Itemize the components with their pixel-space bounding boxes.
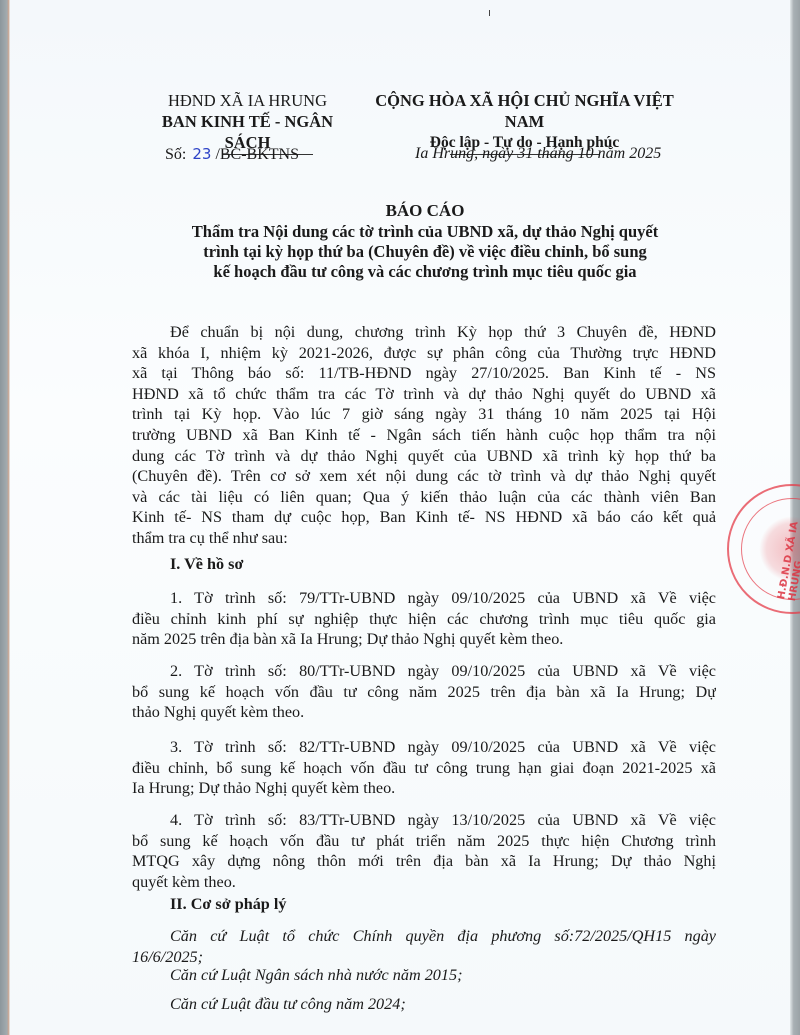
section-heading: I. Về hồ sơ <box>132 552 716 576</box>
text-line: điều chỉnh, bổ sung kế hoạch vốn đầu tư … <box>132 758 716 779</box>
text-line: 2. Tờ trình số: 80/TTr-UBND ngày 09/10/2… <box>132 661 716 682</box>
section-heading: II. Cơ sở pháp lý <box>132 892 716 916</box>
text-line: Ia Hrung; Dự thảo Nghị quyết kèm theo. <box>132 778 716 799</box>
text-line: thẩm tra cụ thể như sau: <box>132 528 716 549</box>
doc-number-handwritten: 23 <box>192 145 211 163</box>
item-3: 3. Tờ trình số: 82/TTr-UBND ngày 09/10/2… <box>132 737 716 799</box>
text-line: điều chỉnh kinh phí sự nghiệp thực hiện … <box>132 609 716 630</box>
legal-basis-1: Căn cứ Luật tổ chức Chính quyền địa phươ… <box>132 926 716 967</box>
nation-name: CỘNG HÒA XÃ HỘI CHỦ NGHĨA VIỆT NAM <box>362 90 687 132</box>
subtitle-line: kế hoạch đầu tư công và các chương trình… <box>130 262 720 282</box>
doc-number-prefix: Số: <box>165 146 186 163</box>
text-line: 1. Tờ trình số: 79/TTr-UBND ngày 09/10/2… <box>132 588 716 609</box>
section-1: I. Về hồ sơ <box>132 552 716 576</box>
text-line: xã tại Thông báo số: 11/TB-HĐND ngày 27/… <box>132 363 716 384</box>
legal-basis-2: Căn cứ Luật Ngân sách nhà nước năm 2015; <box>132 965 716 986</box>
doc-number-suffix: /BC-BKTNS <box>215 146 299 163</box>
text-line: Căn cứ Luật đầu tư công năm 2024; <box>132 994 716 1015</box>
document-type: BÁO CÁO <box>130 200 720 222</box>
text-line: bổ sung kế hoạch vốn đầu tư công năm 202… <box>132 682 716 703</box>
subtitle-line: trình tại kỳ họp thứ ba (Chuyên đề) về v… <box>130 242 720 262</box>
scan-mark <box>489 10 490 16</box>
text-line: Căn cứ Luật tổ chức Chính quyền địa phươ… <box>132 926 716 947</box>
text-line: và các tài liệu có liên quan; Qua ý kiến… <box>132 487 716 508</box>
text-line: 4. Tờ trình số: 83/TTr-UBND ngày 13/10/2… <box>132 810 716 831</box>
text-line: quyết kèm theo. <box>132 872 716 893</box>
text-line: Kinh tế- NS tham dự cuộc họp, Ban Kinh t… <box>132 507 716 528</box>
document-number: Số:23/BC-BKTNS <box>165 145 299 164</box>
text-line: MTQG xây dựng nông thôn mới trên địa bàn… <box>132 851 716 872</box>
text-line: HĐND xã tổ chức thẩm tra các Tờ trình và… <box>132 384 716 405</box>
text-line: (Chuyên đề). Trên cơ sở xem xét nội dung… <box>132 466 716 487</box>
item-4: 4. Tờ trình số: 83/TTr-UBND ngày 13/10/2… <box>132 810 716 892</box>
document-title: BÁO CÁO Thẩm tra Nội dung các tờ trình c… <box>130 200 720 282</box>
text-line: xã khóa I, nhiệm kỳ 2021-2026, được sự p… <box>132 343 716 364</box>
text-line: bổ sung kế hoạch vốn đầu tư phát triển n… <box>132 831 716 852</box>
text-line: trường UBND xã Ban Kinh tế - Ngân sách t… <box>132 425 716 446</box>
text-line: trình tại Kỳ họp. Vào lúc 7 giờ sáng ngà… <box>132 404 716 425</box>
text-line: dung các Tờ trình và dự thảo Nghị quyết … <box>132 446 716 467</box>
item-2: 2. Tờ trình số: 80/TTr-UBND ngày 09/10/2… <box>132 661 716 723</box>
subtitle-line: Thẩm tra Nội dung các tờ trình của UBND … <box>130 222 720 242</box>
intro-paragraph: Để chuẩn bị nội dung, chương trình Kỳ họ… <box>132 322 716 549</box>
place-and-date: Ia Hrung, ngày 31 tháng 10 năm 2025 <box>415 145 661 163</box>
section-2: II. Cơ sở pháp lý <box>132 892 716 916</box>
legal-basis-3: Căn cứ Luật đầu tư công năm 2024; <box>132 994 716 1015</box>
text-line: năm 2025 trên địa bàn xã Ia Hrung; Dự th… <box>132 629 716 650</box>
text-line: Để chuẩn bị nội dung, chương trình Kỳ họ… <box>132 322 716 343</box>
item-1: 1. Tờ trình số: 79/TTr-UBND ngày 09/10/2… <box>132 588 716 650</box>
scan-edge-left <box>0 0 10 1035</box>
text-line: 3. Tờ trình số: 82/TTr-UBND ngày 09/10/2… <box>132 737 716 758</box>
council-name: HĐND XÃ IA HRUNG <box>140 90 355 111</box>
text-line: thảo Nghị quyết kèm theo. <box>132 702 716 723</box>
text-line: Căn cứ Luật Ngân sách nhà nước năm 2015; <box>132 965 716 986</box>
